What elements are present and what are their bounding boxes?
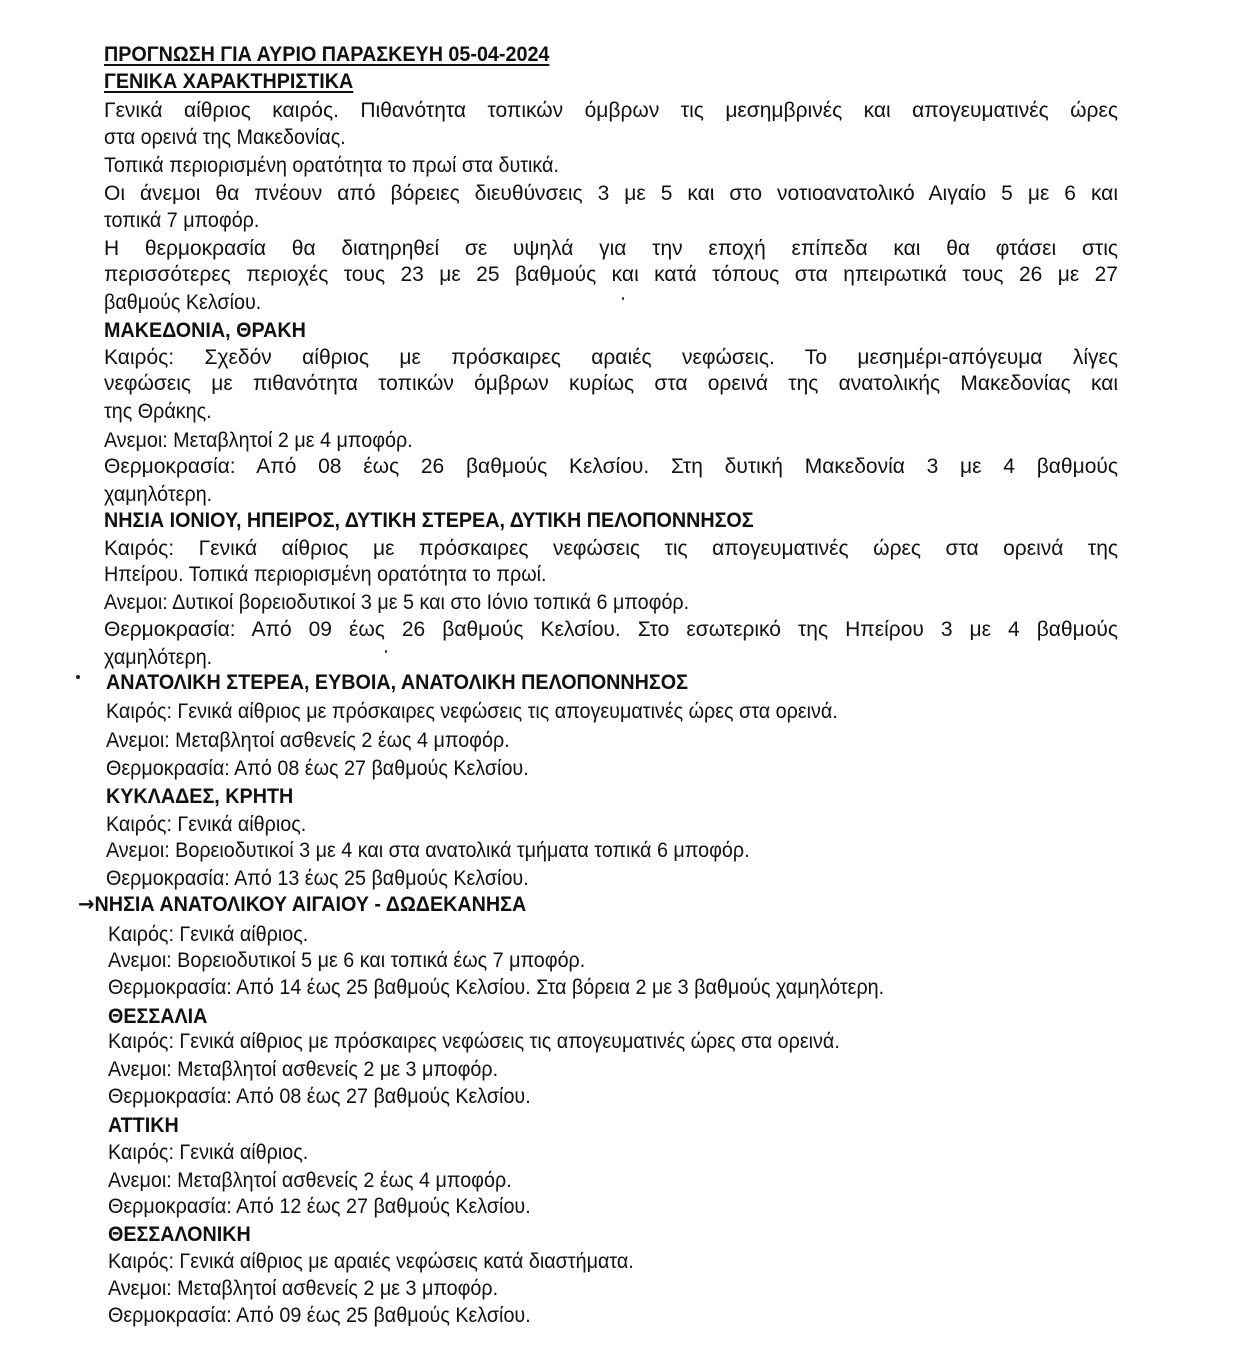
region-line: Καιρός: Γενικά αίθριος με αραιές νεφώσει… xyxy=(108,1249,634,1275)
region-line: της Θράκης. xyxy=(104,399,212,425)
general-line: Οι άνεμοι θα πνέουν από βόρειες διευθύνσ… xyxy=(104,181,1118,207)
general-heading: ΓΕΝΙΚΑ ΧΑΡΑΚΤΗΡΙΣΤΙΚΑ xyxy=(104,69,353,95)
region-line: χαμηλότερη. xyxy=(104,482,212,508)
general-line: στα ορεινά της Μακεδονίας. xyxy=(104,125,346,151)
region-line: Καιρός: Γενικά αίθριος. xyxy=(106,812,306,838)
region-heading: ΜΑΚΕΔΟΝΙΑ, ΘΡΑΚΗ xyxy=(104,318,306,344)
region-line: Θερμοκρασία: Από 08 έως 27 βαθμούς Κελσί… xyxy=(108,1084,531,1110)
region-line: Καιρός: Γενικά αίθριος. xyxy=(108,922,308,948)
scan-speck xyxy=(76,675,80,679)
region-line: νεφώσεις με πιθανότητα τοπικών όμβρων κυ… xyxy=(104,371,1118,397)
region-heading: ΝΗΣΙΑ ΙΟΝΙΟΥ, ΗΠΕΙΡΟΣ, ΔΥΤΙΚΗ ΣΤΕΡΕΑ, ΔΥ… xyxy=(104,508,754,534)
region-line: Καιρός: Γενικά αίθριος με πρόσκαιρες νεφ… xyxy=(104,536,1118,562)
region-heading-marked: →ΝΗΣΙΑ ΑΝΑΤΟΛΙΚΟΥ ΑΙΓΑΙΟΥ - ΔΩΔΕΚΑΝΗΣΑ xyxy=(78,891,526,918)
region-line: Θερμοκρασία: Από 09 έως 26 βαθμούς Κελσί… xyxy=(104,617,1118,643)
region-line: Καιρός: Γενικά αίθριος με πρόσκαιρες νεφ… xyxy=(108,1029,840,1055)
scan-speck xyxy=(385,650,387,653)
region-line: Ανεμοι: Μεταβλητοί ασθενείς 2 έως 4 μποφ… xyxy=(108,1168,512,1194)
general-line: Τοπικά περιορισμένη ορατότητα το πρωί στ… xyxy=(104,153,559,179)
region-line: Καιρός: Γενικά αίθριος με πρόσκαιρες νεφ… xyxy=(106,699,838,725)
region-heading: ΝΗΣΙΑ ΑΝΑΤΟΛΙΚΟΥ ΑΙΓΑΙΟΥ - ΔΩΔΕΚΑΝΗΣΑ xyxy=(95,893,527,916)
region-line: Ανεμοι: Βορειοδυτικοί 3 με 4 και στα ανα… xyxy=(106,838,750,864)
region-line: Ανεμοι: Μεταβλητοί ασθενείς 2 με 3 μποφό… xyxy=(108,1057,498,1083)
region-heading: ΚΥΚΛΑΔΕΣ, ΚΡΗΤΗ xyxy=(106,784,293,810)
region-line: Ανεμοι: Μεταβλητοί ασθενείς 2 με 3 μποφό… xyxy=(108,1276,498,1302)
region-line: Θερμοκρασία: Από 14 έως 25 βαθμούς Κελσί… xyxy=(108,975,884,1001)
region-line: Θερμοκρασία: Από 09 έως 25 βαθμούς Κελσί… xyxy=(108,1303,531,1329)
scan-speck xyxy=(622,297,624,300)
region-line: Καιρός: Γενικά αίθριος. xyxy=(108,1140,308,1166)
region-heading: ΘΕΣΣΑΛΟΝΙΚΗ xyxy=(108,1222,251,1248)
general-line: Γενικά αίθριος καιρός. Πιθανότητα τοπικώ… xyxy=(104,98,1118,124)
region-line: Ηπείρου. Τοπικά περιορισμένη ορατότητα τ… xyxy=(104,562,547,588)
general-line: βαθμούς Κελσίου. xyxy=(104,290,261,316)
region-heading: ΘΕΣΣΑΛΙΑ xyxy=(108,1004,207,1030)
region-line: Ανεμοι: Δυτικοί βορειοδυτικοί 3 με 5 και… xyxy=(104,590,689,616)
general-line: τοπικά 7 μποφόρ. xyxy=(104,208,259,234)
general-line: Η θερμοκρασία θα διατηρηθεί σε υψηλά για… xyxy=(104,236,1118,262)
region-line: Θερμοκρασία: Από 12 έως 27 βαθμούς Κελσί… xyxy=(108,1194,531,1220)
region-line: Ανεμοι: Μεταβλητοί 2 με 4 μποφόρ. xyxy=(104,428,413,454)
general-line: περισσότερες περιοχές τους 23 με 25 βαθμ… xyxy=(104,262,1118,288)
region-line: χαμηλότερη. xyxy=(104,645,212,671)
region-line: Ανεμοι: Μεταβλητοί ασθενείς 2 έως 4 μποφ… xyxy=(106,728,510,754)
region-line: Θερμοκρασία: Από 13 έως 25 βαθμούς Κελσί… xyxy=(106,866,529,892)
region-line: Θερμοκρασία: Από 08 έως 27 βαθμούς Κελσί… xyxy=(106,756,529,782)
forecast-document: ΠΡΟΓΝΩΣΗ ΓΙΑ ΑΥΡΙΟ ΠΑΡΑΣΚΕΥΗ 05-04-2024 … xyxy=(0,0,1239,1366)
region-line: Ανεμοι: Βορειοδυτικοί 5 με 6 και τοπικά … xyxy=(108,948,585,974)
region-heading: ΑΝΑΤΟΛΙΚΗ ΣΤΕΡΕΑ, ΕΥΒΟΙΑ, ΑΝΑΤΟΛΙΚΗ ΠΕΛΟ… xyxy=(106,670,688,696)
region-line: Καιρός: Σχεδόν αίθριος με πρόσκαιρες αρα… xyxy=(104,345,1118,371)
document-title: ΠΡΟΓΝΩΣΗ ΓΙΑ ΑΥΡΙΟ ΠΑΡΑΣΚΕΥΗ 05-04-2024 xyxy=(104,42,549,68)
region-heading: ΑΤΤΙΚΗ xyxy=(108,1113,179,1139)
arrow-marker-icon: → xyxy=(78,892,95,916)
region-line: Θερμοκρασία: Από 08 έως 26 βαθμούς Κελσί… xyxy=(104,454,1118,480)
